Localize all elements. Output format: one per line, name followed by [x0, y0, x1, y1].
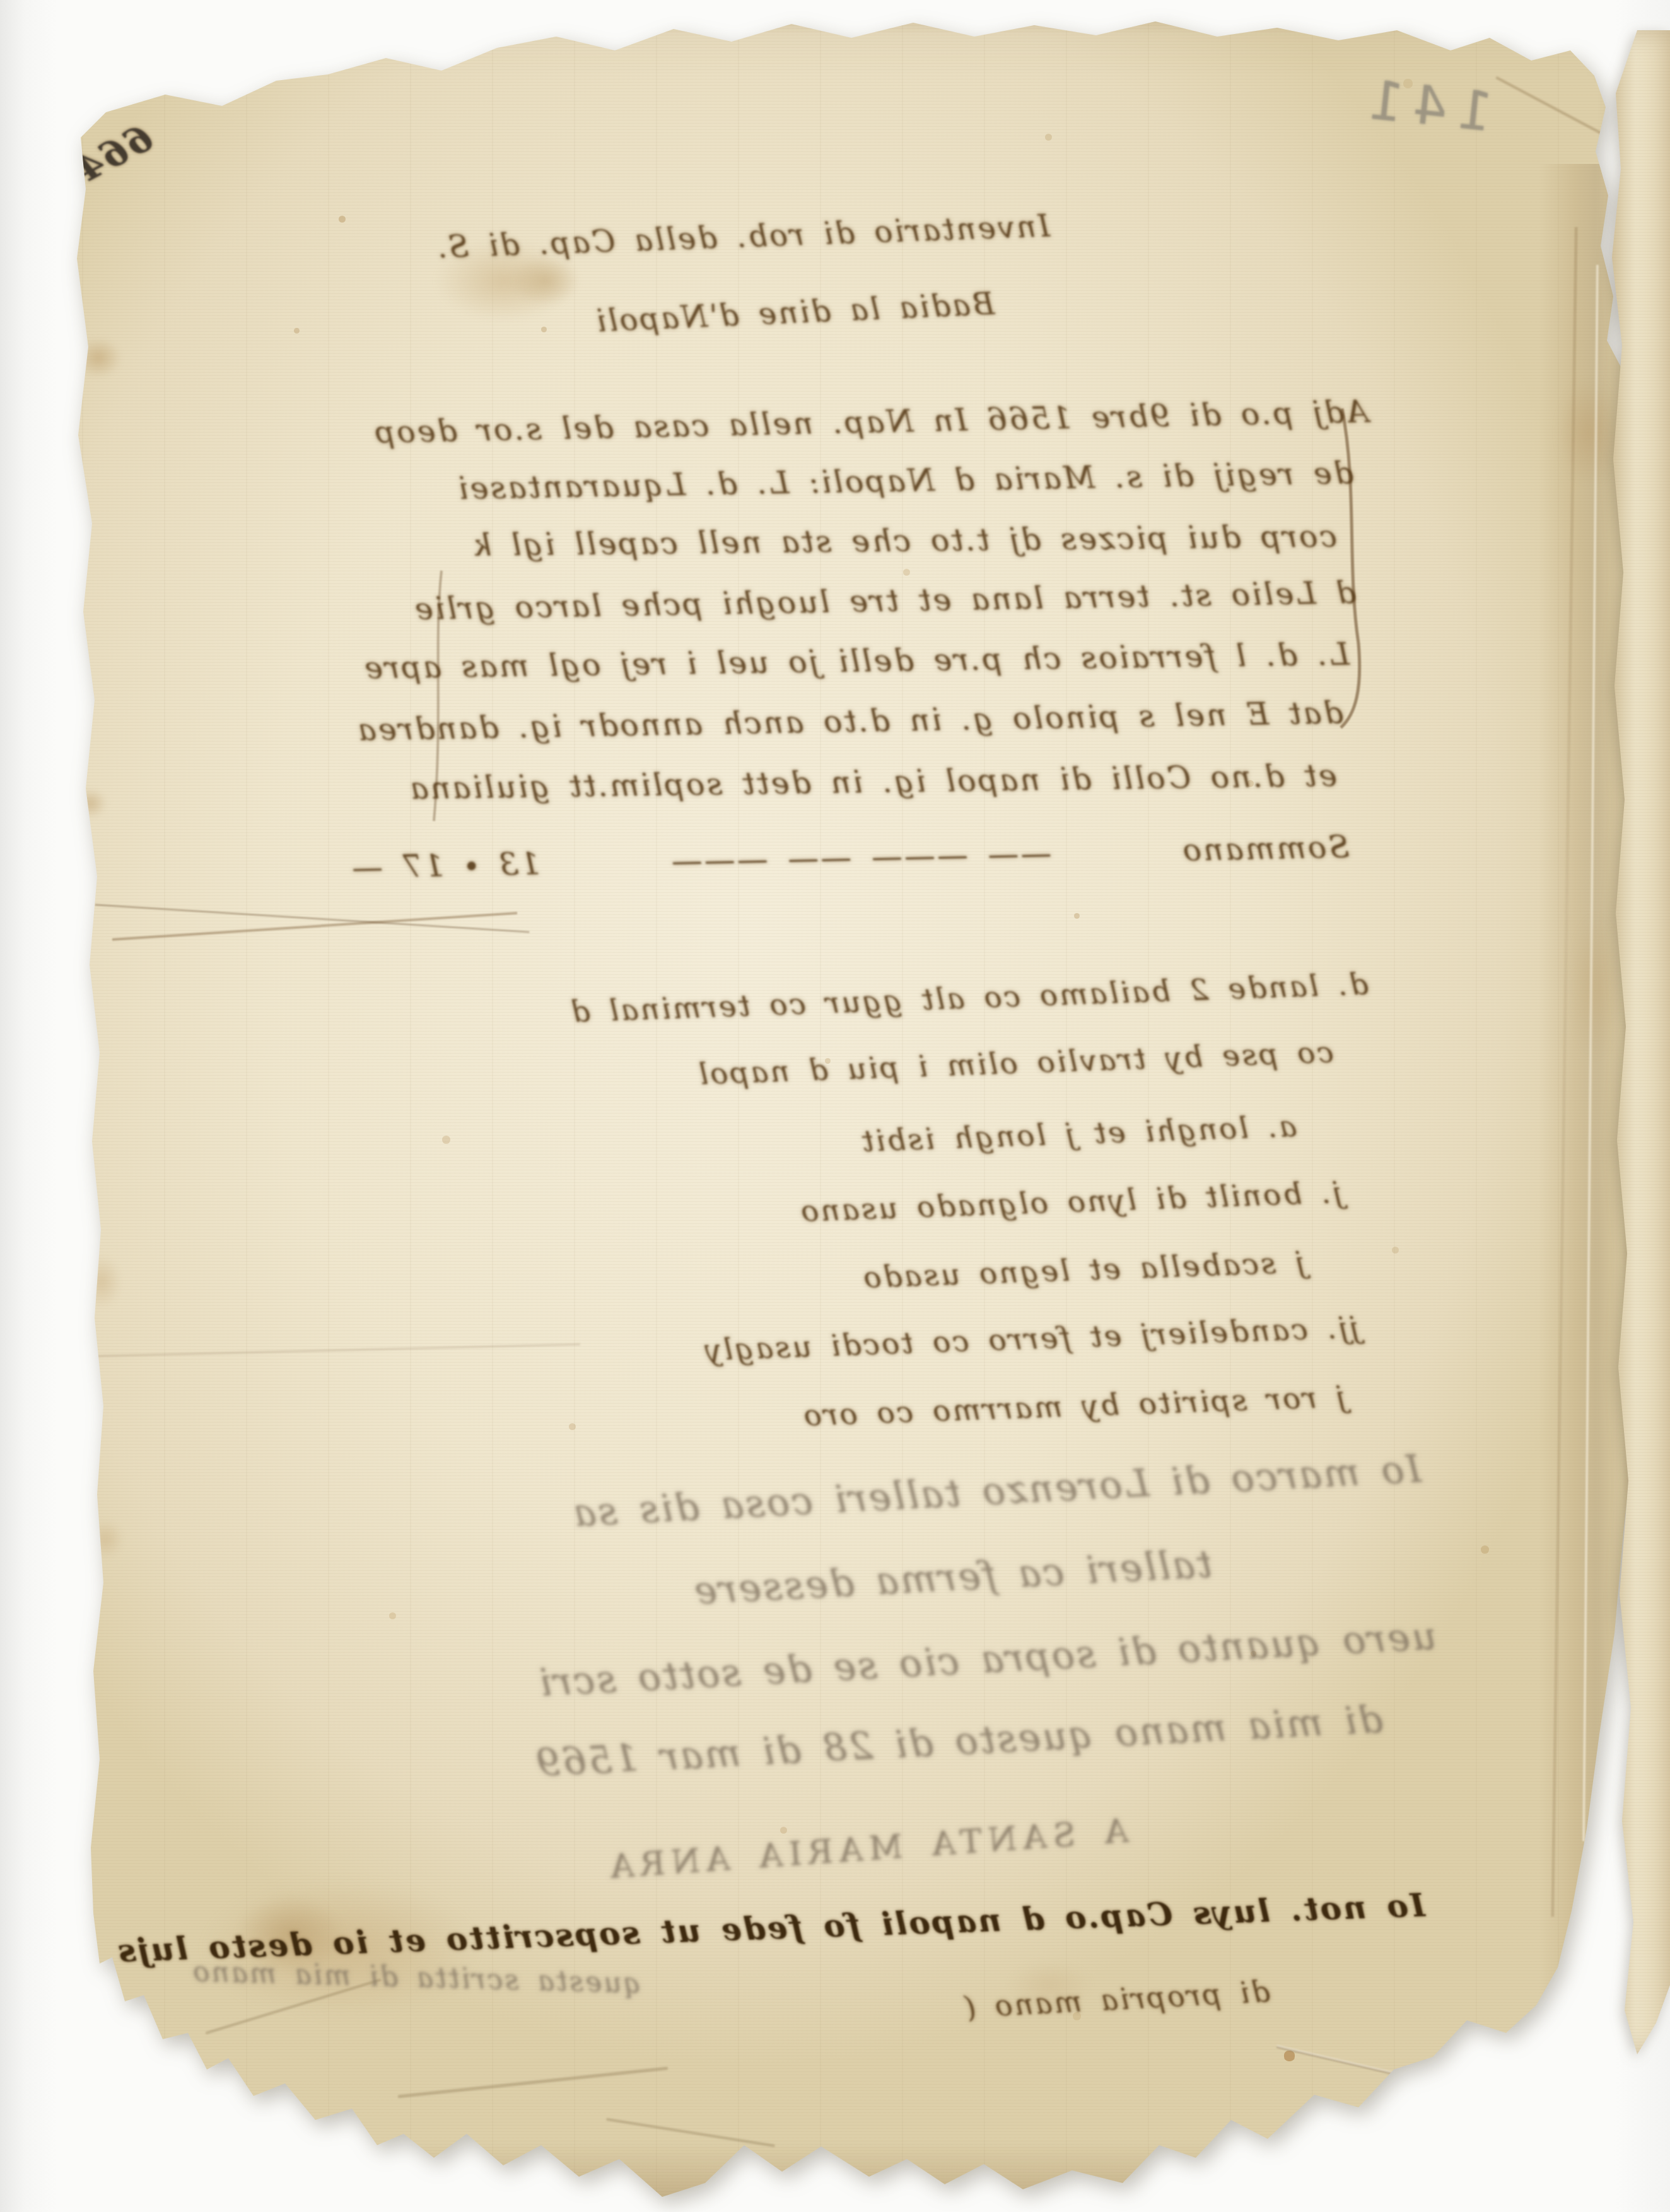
adjacent-leaf-fragment: [1612, 30, 1670, 2054]
scanned-manuscript-screenshot: { "doc": { "kind": "aged manuscript leaf…: [0, 0, 1670, 2212]
second-sheet-wrapper: [0, 0, 1670, 2212]
adjacent-leaf-vignette: [1612, 30, 1670, 2054]
